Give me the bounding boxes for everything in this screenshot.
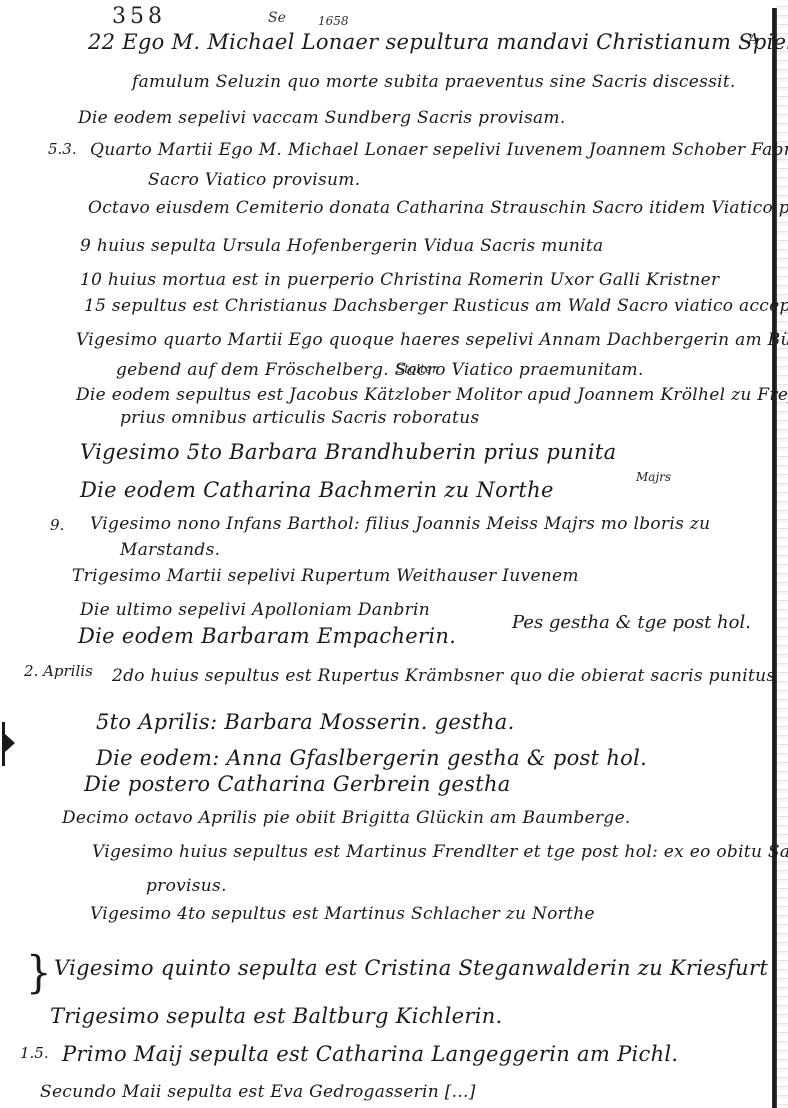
entry-line: Vigesimo huius sepultus est Martinus Fre… (92, 842, 788, 862)
margin-arrow-icon (2, 722, 11, 766)
superscript-note: Majrs (636, 470, 671, 484)
entry-line: Vigesimo nono Infans Barthol: filius Joa… (90, 514, 710, 534)
entry-line: Die eodem sepelivi vaccam Sundberg Sacri… (78, 108, 566, 128)
entry-line: Die eodem sepultus est Jacobus Kätzlober… (76, 385, 788, 405)
entry-line: Die eodem Barbaram Empacherin. (78, 624, 456, 648)
entry-line: 9 huius sepulta Ursula Hofenbergerin Vid… (80, 236, 603, 256)
entry-line: Vigesimo 4to sepultus est Martinus Schla… (90, 904, 595, 924)
right-margin-mark: A (748, 30, 759, 48)
entry-line: 15 sepultus est Christianus Dachsberger … (84, 296, 788, 316)
header-mark: Se (268, 10, 286, 26)
margin-date: 2. Aprilis (24, 662, 93, 680)
entry-line: 5to Aprilis: Barbara Mosserin. gestha. (96, 710, 515, 734)
superscript-note: Stolter (396, 362, 438, 376)
entry-line: Primo Maij sepulta est Catharina Langegg… (62, 1042, 678, 1066)
entry-line: Decimo octavo Aprilis pie obiit Brigitta… (62, 808, 631, 828)
entry-line: gebend auf dem Fröschelberg. Sacro Viati… (116, 360, 644, 380)
entry-line: Die eodem: Anna Gfaslbergerin gestha & p… (96, 746, 647, 770)
entry-line: Vigesimo 5to Barbara Brandhuberin prius … (80, 440, 616, 464)
entry-line: Vigesimo quarto Martii Ego quoque haeres… (76, 330, 788, 350)
margin-date: 5.3. (48, 140, 77, 158)
entry-line: 22 Ego M. Michael Lonaer sepultura manda… (88, 30, 788, 54)
entry-line: Marstands. (120, 540, 220, 560)
entry-line: provisus. (146, 876, 227, 896)
entry-line: Trigesimo Martii sepelivi Rupertum Weith… (72, 566, 579, 586)
entry-line: 2do huius sepultus est Rupertus Krämbsne… (112, 666, 775, 686)
margin-brace-icon: } (26, 948, 51, 999)
margin-date: 1.5. (20, 1044, 49, 1062)
entry-line: famulum Seluzin quo morte subita praeven… (132, 72, 736, 92)
margin-date: 9. (50, 516, 64, 534)
entry-line: Octavo eiusdem Cemiterio donata Catharin… (88, 198, 788, 218)
entry-line: Sacro Viatico provisum. (148, 170, 360, 190)
entry-line: Trigesimo sepulta est Baltburg Kichlerin… (50, 1004, 503, 1028)
entry-line: Die ultimo sepelivi Apolloniam Danbrin (80, 600, 430, 620)
register-page: 358 Se 1658 } 22 Ego M. Michael Lonaer s… (0, 0, 788, 1108)
entry-line: Secundo Maii sepulta est Eva Gedrogasser… (40, 1082, 476, 1102)
entry-line: 10 huius mortua est in puerperio Christi… (80, 270, 719, 290)
year-note: 1658 (318, 14, 349, 28)
bracket-annotation: Pes gestha & tge post hol. (512, 612, 751, 633)
page-scan-edge (777, 0, 788, 1108)
entry-line: Die postero Catharina Gerbrein gestha (84, 772, 511, 796)
entry-line: prius omnibus articulis Sacris roboratus (120, 408, 479, 428)
page-number: 358 (112, 4, 166, 29)
entry-line: Quarto Martii Ego M. Michael Lonaer sepe… (90, 140, 788, 160)
entry-line: Vigesimo quinto sepulta est Cristina Ste… (54, 956, 768, 980)
entry-line: Die eodem Catharina Bachmerin zu Northe (80, 478, 554, 502)
